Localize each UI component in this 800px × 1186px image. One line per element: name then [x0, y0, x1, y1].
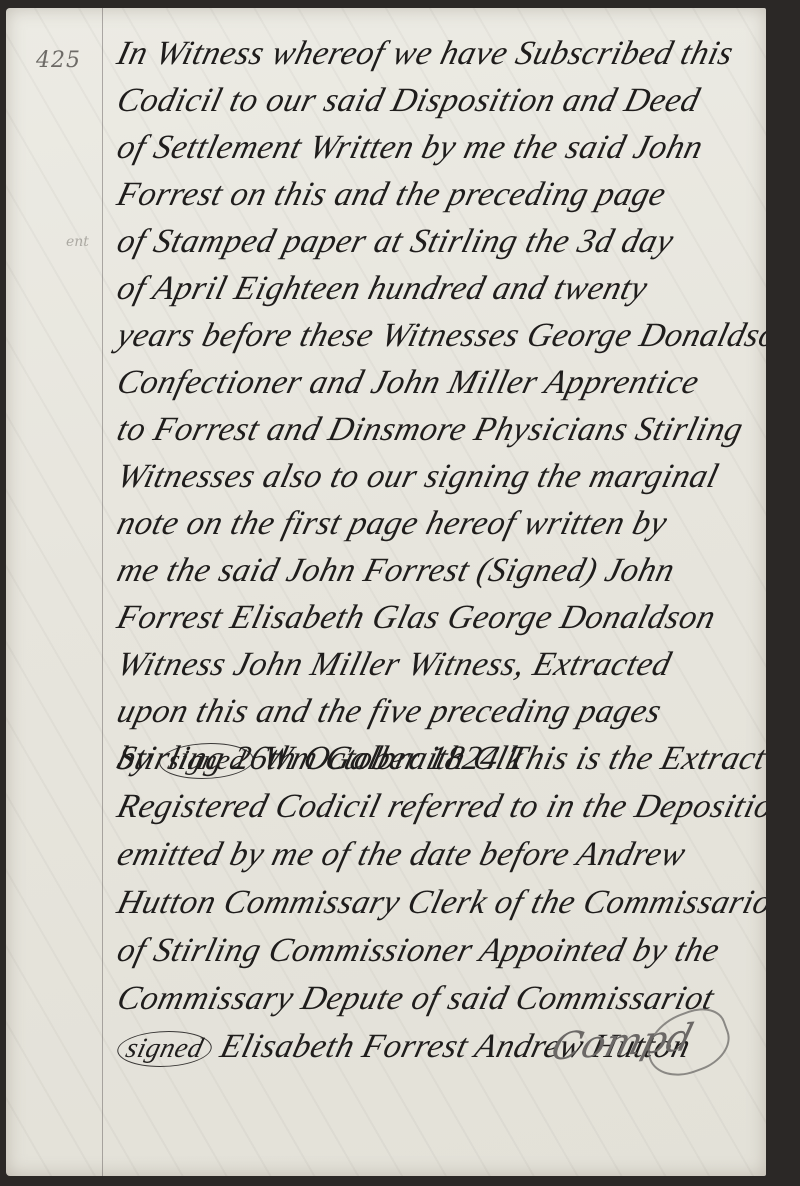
text-line: Forrest on this and the preceding page: [112, 171, 752, 218]
text-line: Codicil to our said Disposition and Deed: [112, 77, 752, 124]
text-line: Forrest Elisabeth Glas George Donaldson: [112, 594, 752, 641]
text-line: of Stirling Commissioner Appointed by th…: [112, 927, 752, 975]
signed-oval: signed: [113, 1031, 216, 1067]
text-line: In Witness whereof we have Subscribed th…: [112, 30, 752, 77]
witness-paragraph: In Witness whereof we have Subscribed th…: [118, 30, 746, 782]
text-line: Witness John Miller Witness, Extracted: [112, 641, 752, 688]
page-number: 425: [36, 48, 81, 73]
margin-annotation: ent: [66, 234, 89, 250]
text-line: emitted by me of the date before Andrew: [112, 831, 752, 879]
text-line: note on the first page hereof written by: [112, 500, 752, 547]
text-line: Confectioner and John Miller Apprentice: [112, 359, 752, 406]
text-line: Registered Codicil referred to in the De…: [112, 783, 752, 831]
text-line: years before these Witnesses George Dona…: [112, 312, 752, 359]
margin-rule: [102, 8, 103, 1176]
text-line: upon this and the five preceding pages: [112, 688, 752, 735]
text-line: of April Eighteen hundred and twenty: [112, 265, 752, 312]
text-line: Hutton Commissary Clerk of the Commissar…: [112, 879, 752, 927]
text-line: to Forrest and Dinsmore Physicians Stirl…: [112, 406, 752, 453]
manuscript-page: 425 ent In Witness whereof we have Subsc…: [6, 8, 766, 1176]
text-line: Commissary Depute of said Commissariot: [112, 975, 752, 1023]
text-line: of Settlement Written by me the said Joh…: [112, 124, 752, 171]
text-line: Stirling 26th October 1824 This is the E…: [112, 735, 752, 783]
text-line: Witnesses also to our signing the margin…: [112, 453, 752, 500]
text-line: of Stamped paper at Stirling the 3d day: [112, 218, 752, 265]
text-line: me the said John Forrest (Signed) John: [112, 547, 752, 594]
